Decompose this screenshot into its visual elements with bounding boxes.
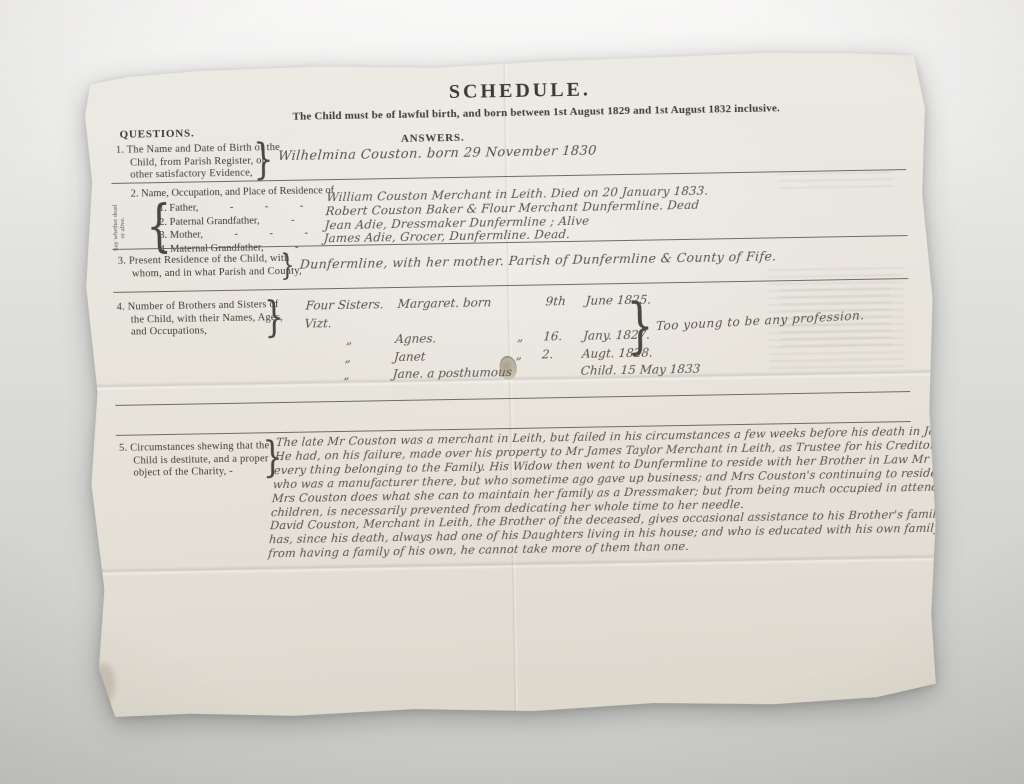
answers-header: ANSWERS. bbox=[378, 131, 488, 145]
q4-cell: „ bbox=[517, 328, 544, 346]
photo-background: SCHEDULE. The Child must be of lawful bi… bbox=[0, 0, 1024, 784]
q4-cell: Jane. a posthumous bbox=[392, 363, 581, 384]
question-2-answers: William Couston Merchant in Leith. Died … bbox=[323, 185, 709, 247]
document-sheet: SCHEDULE. The Child must be of lawful bi… bbox=[76, 49, 945, 722]
question-4-brace: } bbox=[264, 296, 285, 338]
q4-cell: Janet bbox=[393, 346, 516, 366]
q4-cell: „ bbox=[300, 366, 393, 385]
q4-cell: „ bbox=[301, 349, 394, 368]
question-3-answer: Dunfermline, with her mother. Parish of … bbox=[299, 248, 777, 271]
question-5-answer: The late Mr Couston was a merchant in Le… bbox=[268, 423, 1024, 562]
q4-cell: Margaret. born bbox=[396, 294, 520, 331]
q4-cell: Agnes. bbox=[395, 329, 518, 349]
q4-cell: Four Sisters. Vizt. bbox=[304, 296, 398, 333]
q4-cell: 16. bbox=[543, 328, 584, 346]
edge-smudge-bottom-left bbox=[93, 663, 116, 703]
question-3-label: 3. Present Residence of the Child, with … bbox=[118, 253, 302, 281]
q4-cell: „ bbox=[303, 331, 396, 350]
q4-cell: „ bbox=[515, 346, 542, 364]
q4-cell bbox=[518, 293, 546, 329]
question-4-note-brace: } bbox=[626, 296, 654, 356]
paper: SCHEDULE. The Child must be of lawful bi… bbox=[76, 49, 945, 722]
q4-cell: Child. 15 May 1833 bbox=[580, 361, 701, 381]
question-2-side-note: Say whether dead or alive. bbox=[112, 202, 127, 254]
question-1-brace: } bbox=[253, 138, 274, 180]
q4-cell: 9th bbox=[544, 293, 586, 329]
bleed-through-1 bbox=[778, 171, 893, 189]
question-1-answer: Wilhelmina Couston. born 29 November 183… bbox=[277, 143, 597, 164]
edge-smudge-left bbox=[78, 363, 94, 453]
questions-header: QUESTIONS. bbox=[119, 127, 194, 140]
q4-cell: 2. bbox=[541, 345, 582, 363]
question-3-brace: } bbox=[280, 251, 295, 281]
